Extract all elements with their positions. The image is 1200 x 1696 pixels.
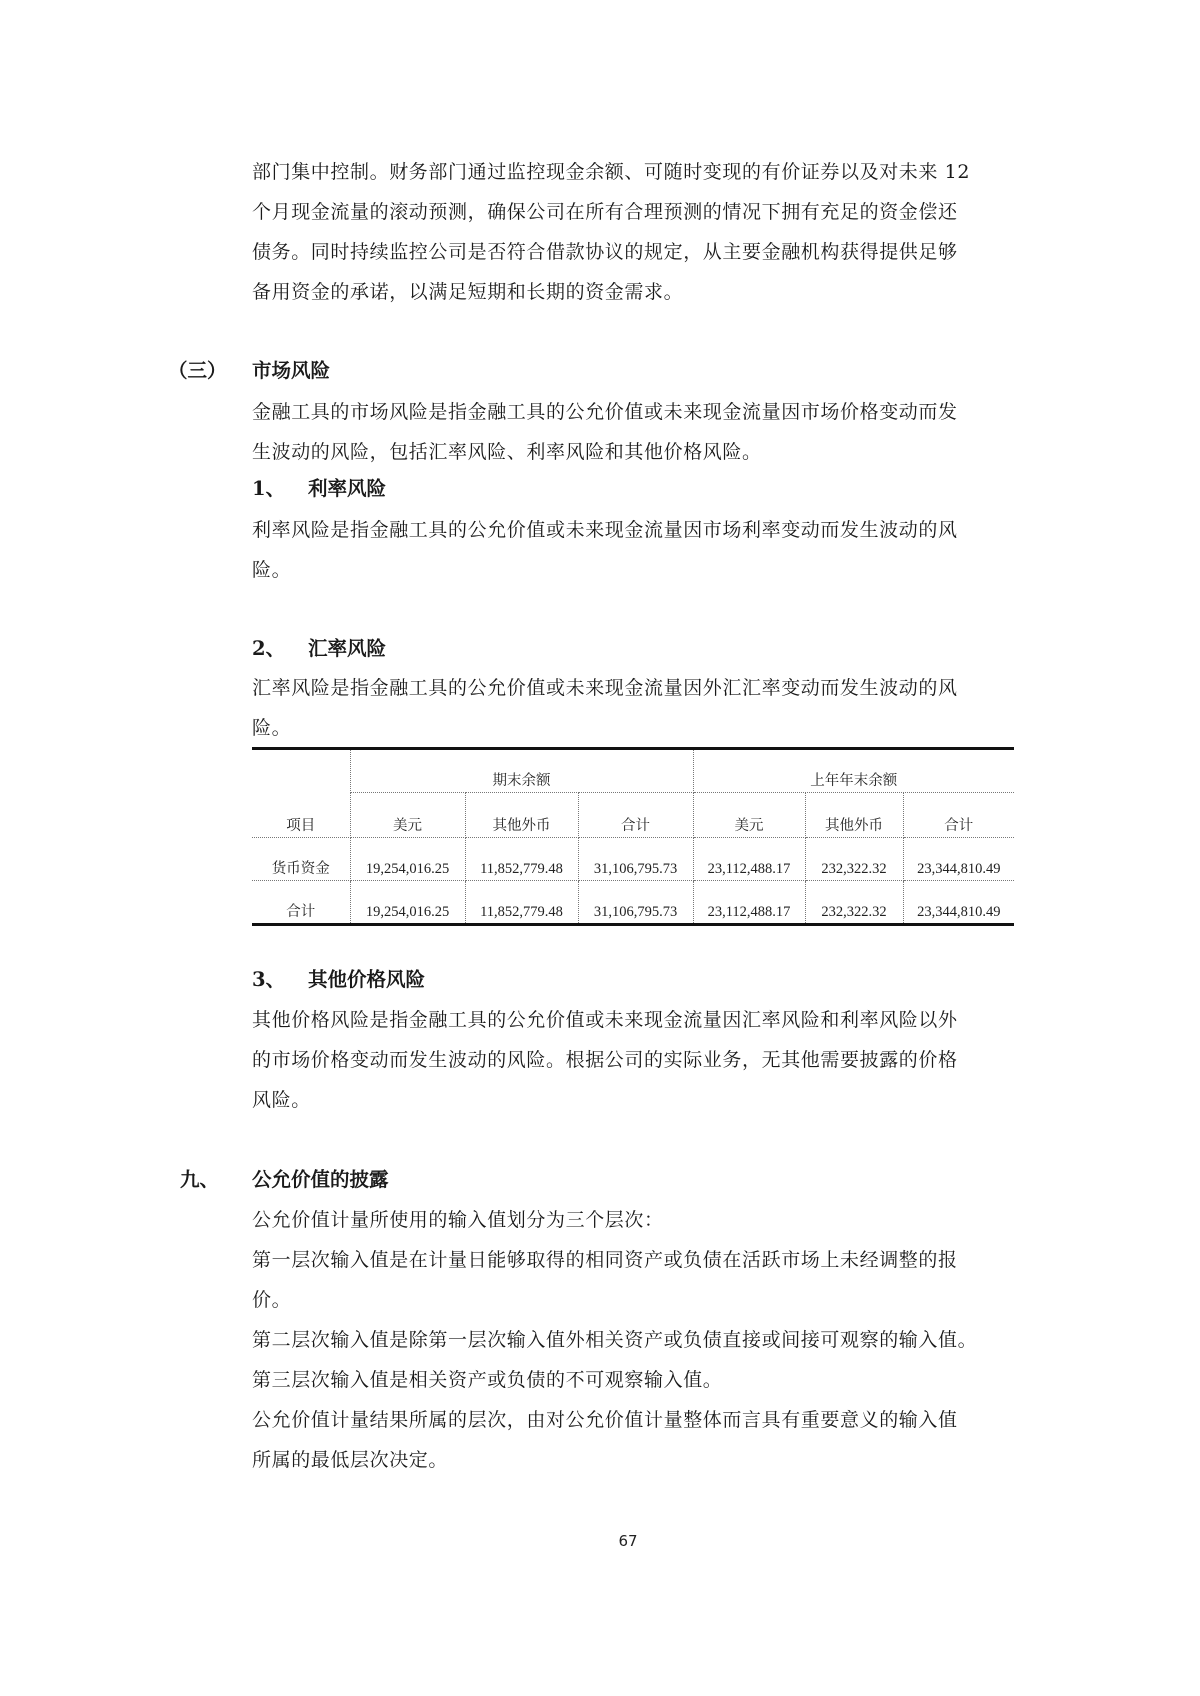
cell: 23,112,488.17 [693,881,805,925]
foreign-currency-table: 项目 期末余额 上年年末余额 美元 其他外币 合计 美元 其他外币 合计 货币资… [252,747,1014,926]
market-risk-paragraph: 金融工具的市场风险是指金融工具的公允价值或未来现金流量因市场价格变动而发 生波动… [252,392,1017,472]
cell: 19,254,016.25 [350,881,465,925]
text-line: 部门集中控制。财务部门通过监控现金余额、可随时变现的有价证券以及对未来 12 [252,152,1017,192]
text-line: 价。 [252,1280,1017,1320]
text-line: 债务。同时持续监控公司是否符合借款协议的规定，从主要金融机构获得提供足够 [252,232,1017,272]
cell: 11,852,779.48 [465,881,578,925]
cell: 23,112,488.17 [693,838,805,881]
section-title: 公允价值的披露 [252,1165,389,1195]
row-label: 货币资金 [252,838,350,881]
cell: 31,106,795.73 [578,881,693,925]
text-line: 备用资金的承诺，以满足短期和长期的资金需求。 [252,272,1017,312]
text-line: 第一层次输入值是在计量日能够取得的相同资产或负债在活跃市场上未经调整的报 [252,1240,1017,1280]
subheader-usd: 美元 [350,793,465,838]
row-label: 合计 [252,881,350,925]
page-number: 67 [0,1532,1200,1550]
subheader-total: 合计 [578,793,693,838]
section-number: 九、 [180,1165,252,1195]
text-line: 险。 [252,708,1017,748]
cell: 23,344,810.49 [903,838,1014,881]
subheader-other-currency: 其他外币 [805,793,903,838]
subsection-number: 3、 [252,965,308,995]
table-row-total: 合计 19,254,016.25 11,852,779.48 31,106,79… [252,881,1014,925]
cell: 23,344,810.49 [903,881,1014,925]
subsection-title: 其他价格风险 [308,965,425,995]
cell: 31,106,795.73 [578,838,693,881]
text-line: 险。 [252,550,1017,590]
cell: 232,322.32 [805,838,903,881]
table-row: 货币资金 19,254,016.25 11,852,779.48 31,106,… [252,838,1014,881]
liquidity-paragraph: 部门集中控制。财务部门通过监控现金余额、可随时变现的有价证券以及对未来 12 个… [252,152,1017,312]
section-heading-market-risk: （三）市场风险 [168,356,330,386]
subsection-title: 汇率风险 [308,634,386,664]
header-prior-year-end: 上年年末余额 [693,749,1014,793]
text-line: 其他价格风险是指金融工具的公允价值或未来现金流量因汇率风险和利率风险以外 [252,1000,1017,1040]
text-line: 第三层次输入值是相关资产或负债的不可观察输入值。 [252,1360,1017,1400]
fair-value-paragraph: 公允价值计量所使用的输入值划分为三个层次： 第一层次输入值是在计量日能够取得的相… [252,1200,1017,1480]
text-line: 所属的最低层次决定。 [252,1440,1017,1480]
text-line: 金融工具的市场风险是指金融工具的公允价值或未来现金流量因市场价格变动而发 [252,392,1017,432]
text-line: 公允价值计量结果所属的层次，由对公允价值计量整体而言具有重要意义的输入值 [252,1400,1017,1440]
text-line: 风险。 [252,1080,1017,1120]
subsection-heading-other-price: 3、其他价格风险 [252,965,425,995]
subheader-usd: 美元 [693,793,805,838]
header-item: 项目 [252,749,350,838]
text-line: 利率风险是指金融工具的公允价值或未来现金流量因市场利率变动而发生波动的风 [252,510,1017,550]
section-heading-fair-value: 九、公允价值的披露 [180,1165,389,1195]
section-title: 市场风险 [252,356,330,386]
cell: 232,322.32 [805,881,903,925]
text-line: 的市场价格变动而发生波动的风险。根据公司的实际业务，无其他需要披露的价格 [252,1040,1017,1080]
text-line: 第二层次输入值是除第一层次输入值外相关资产或负债直接或间接可观察的输入值。 [252,1320,1017,1360]
table-header-row: 项目 期末余额 上年年末余额 [252,749,1014,793]
table-subheader-row: 美元 其他外币 合计 美元 其他外币 合计 [252,793,1014,838]
subsection-title: 利率风险 [308,474,386,504]
section-number: （三） [168,356,252,386]
subheader-other-currency: 其他外币 [465,793,578,838]
text-line: 汇率风险是指金融工具的公允价值或未来现金流量因外汇汇率变动而发生波动的风 [252,668,1017,708]
subsection-heading-interest-rate: 1、利率风险 [252,474,386,504]
cell: 11,852,779.48 [465,838,578,881]
cell: 19,254,016.25 [350,838,465,881]
interest-rate-paragraph: 利率风险是指金融工具的公允价值或未来现金流量因市场利率变动而发生波动的风 险。 [252,510,1017,590]
subsection-number: 2、 [252,634,308,664]
document-page: 部门集中控制。财务部门通过监控现金余额、可随时变现的有价证券以及对未来 12 个… [0,0,1200,1696]
header-period-end: 期末余额 [350,749,693,793]
exchange-rate-paragraph: 汇率风险是指金融工具的公允价值或未来现金流量因外汇汇率变动而发生波动的风 险。 [252,668,1017,748]
subheader-total: 合计 [903,793,1014,838]
subsection-heading-exchange-rate: 2、汇率风险 [252,634,386,664]
text-line: 公允价值计量所使用的输入值划分为三个层次： [252,1200,1017,1240]
text-line: 生波动的风险，包括汇率风险、利率风险和其他价格风险。 [252,432,1017,472]
other-price-paragraph: 其他价格风险是指金融工具的公允价值或未来现金流量因汇率风险和利率风险以外 的市场… [252,1000,1017,1120]
text-line: 个月现金流量的滚动预测，确保公司在所有合理预测的情况下拥有充足的资金偿还 [252,192,1017,232]
subsection-number: 1、 [252,474,308,504]
